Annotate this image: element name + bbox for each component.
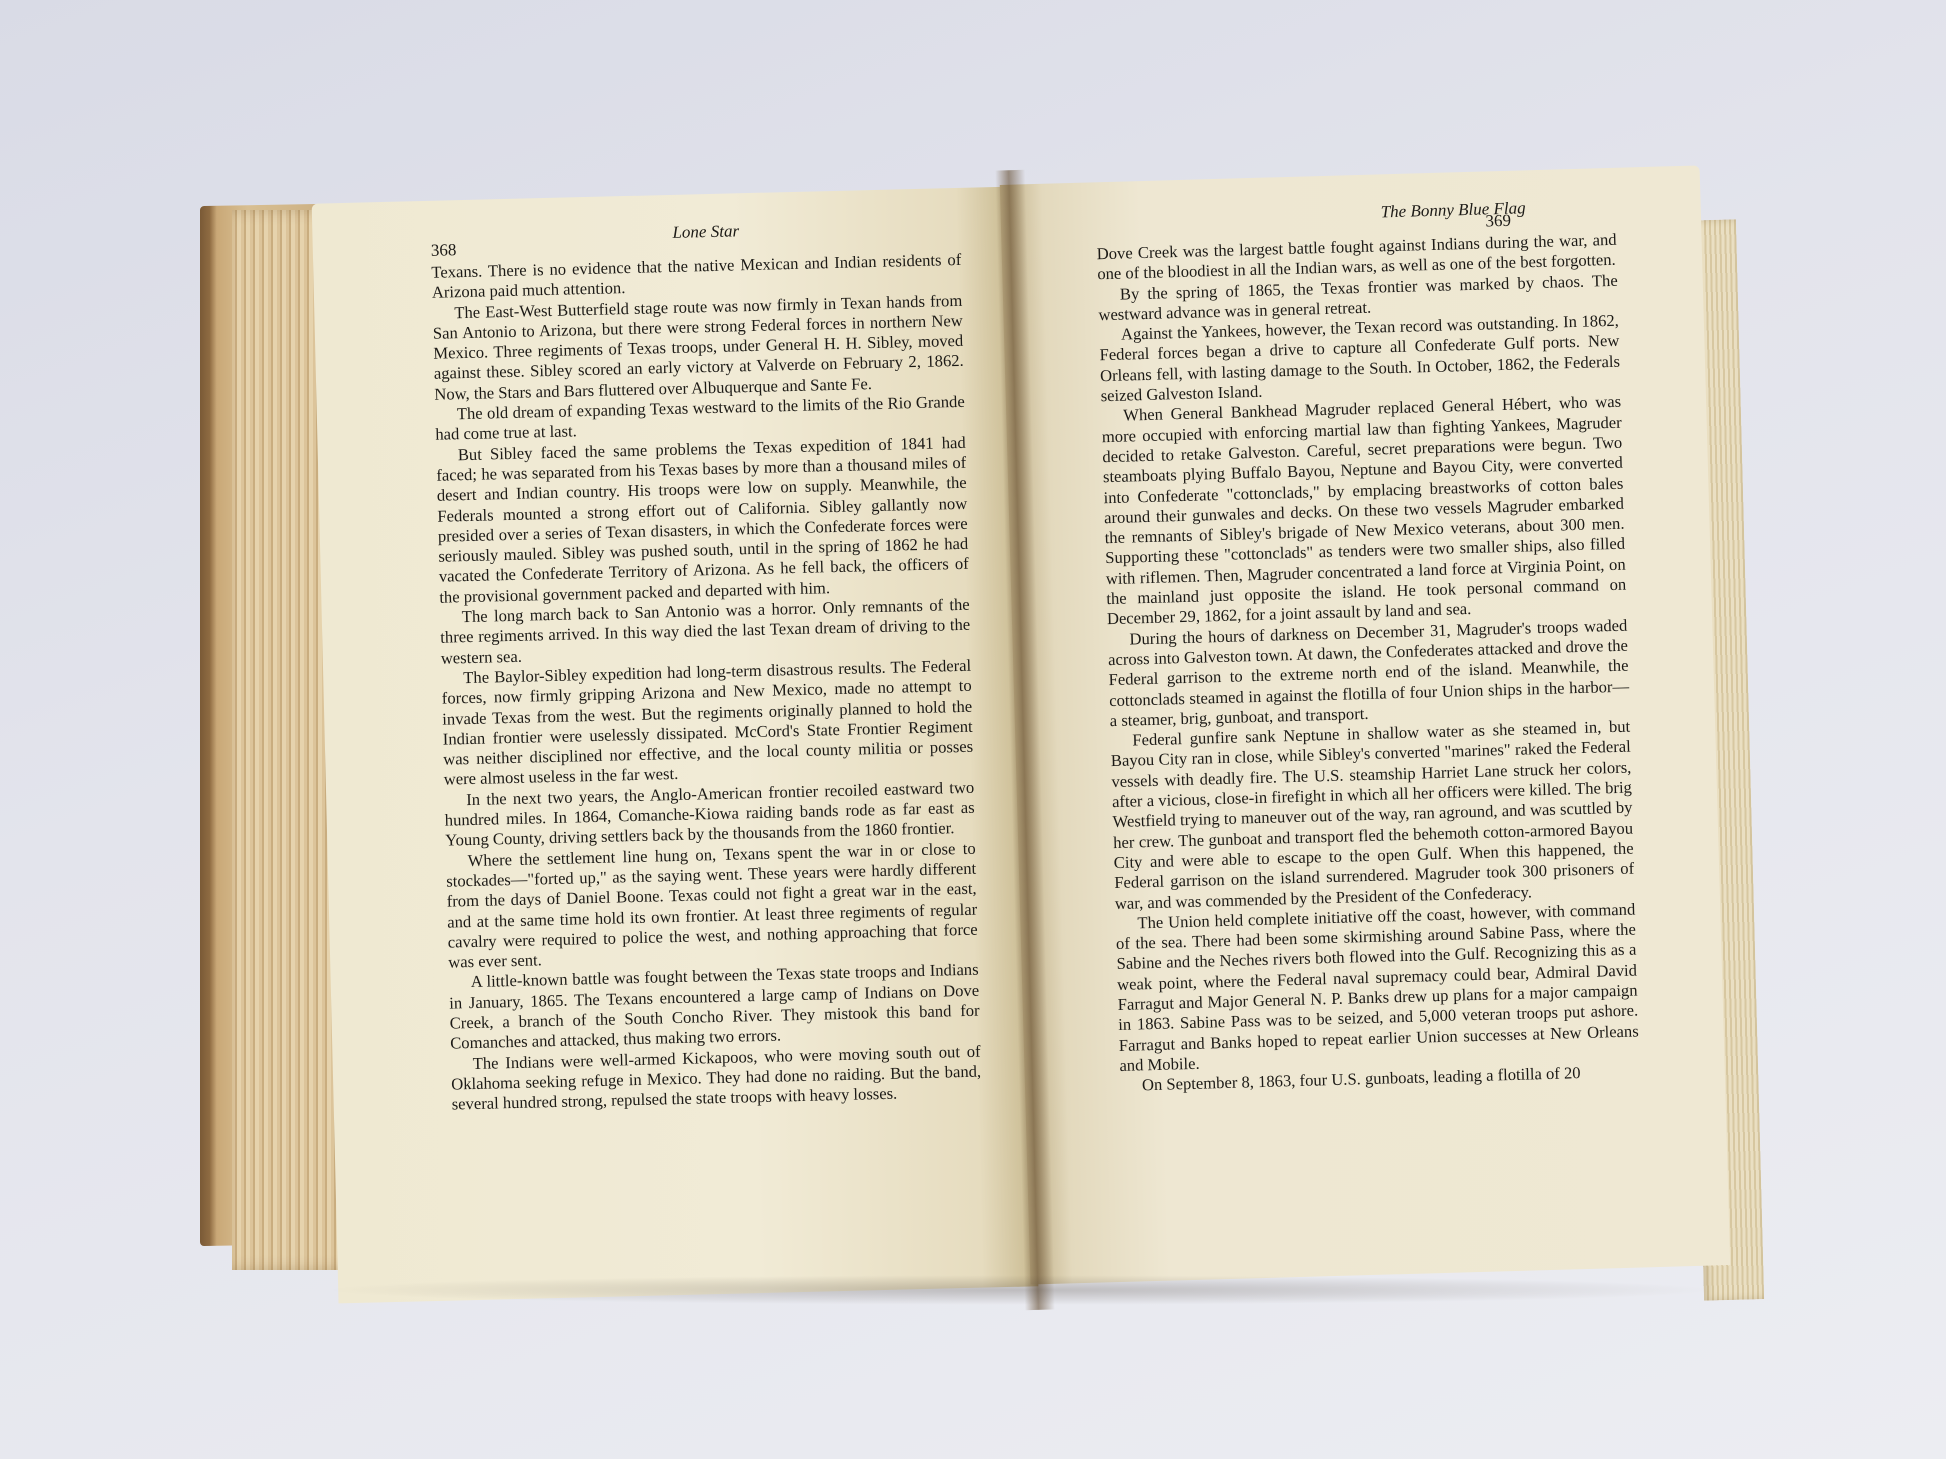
paragraph: The Baylor-Sibley expedition had long-te… — [441, 656, 974, 791]
left-page: 368 Lone Star Texans. There is no eviden… — [312, 187, 1039, 1304]
book-shadow — [320, 1275, 1720, 1305]
paragraph: But Sibley faced the same problems the T… — [436, 432, 970, 607]
right-page-body: Dove Creek was the largest battle fought… — [1096, 230, 1640, 1097]
paragraph: A little-known battle was fought between… — [449, 960, 981, 1054]
running-head: Lone Star — [672, 221, 739, 243]
paragraph: Where the settlement line hung on, Texan… — [446, 838, 979, 973]
paragraph: The Union held complete initiative off t… — [1115, 899, 1639, 1076]
paragraph: Against the Yankees, however, the Texan … — [1099, 311, 1621, 407]
page-number: 369 — [1485, 211, 1511, 232]
paragraph: The East-West Butterfield stage route wa… — [432, 290, 964, 404]
paragraph: When General Bankhead Magruder replaced … — [1101, 392, 1627, 630]
right-page: The Bonny Blue Flag 369 Dove Creek was t… — [1000, 165, 1730, 1284]
right-page-header: The Bonny Blue Flag 369 — [1000, 165, 1701, 233]
paragraph: Federal gunfire sank Neptune in shallow … — [1110, 717, 1635, 914]
paragraph: The Indians were well-armed Kickapoos, w… — [450, 1041, 981, 1115]
left-page-header: 368 Lone Star — [312, 187, 1013, 252]
left-page-body: Texans. There is no evidence that the na… — [431, 250, 982, 1115]
page-number: 368 — [431, 240, 457, 261]
open-book: 368 Lone Star Texans. There is no eviden… — [0, 0, 1946, 1459]
paragraph: During the hours of darkness on December… — [1107, 615, 1630, 731]
